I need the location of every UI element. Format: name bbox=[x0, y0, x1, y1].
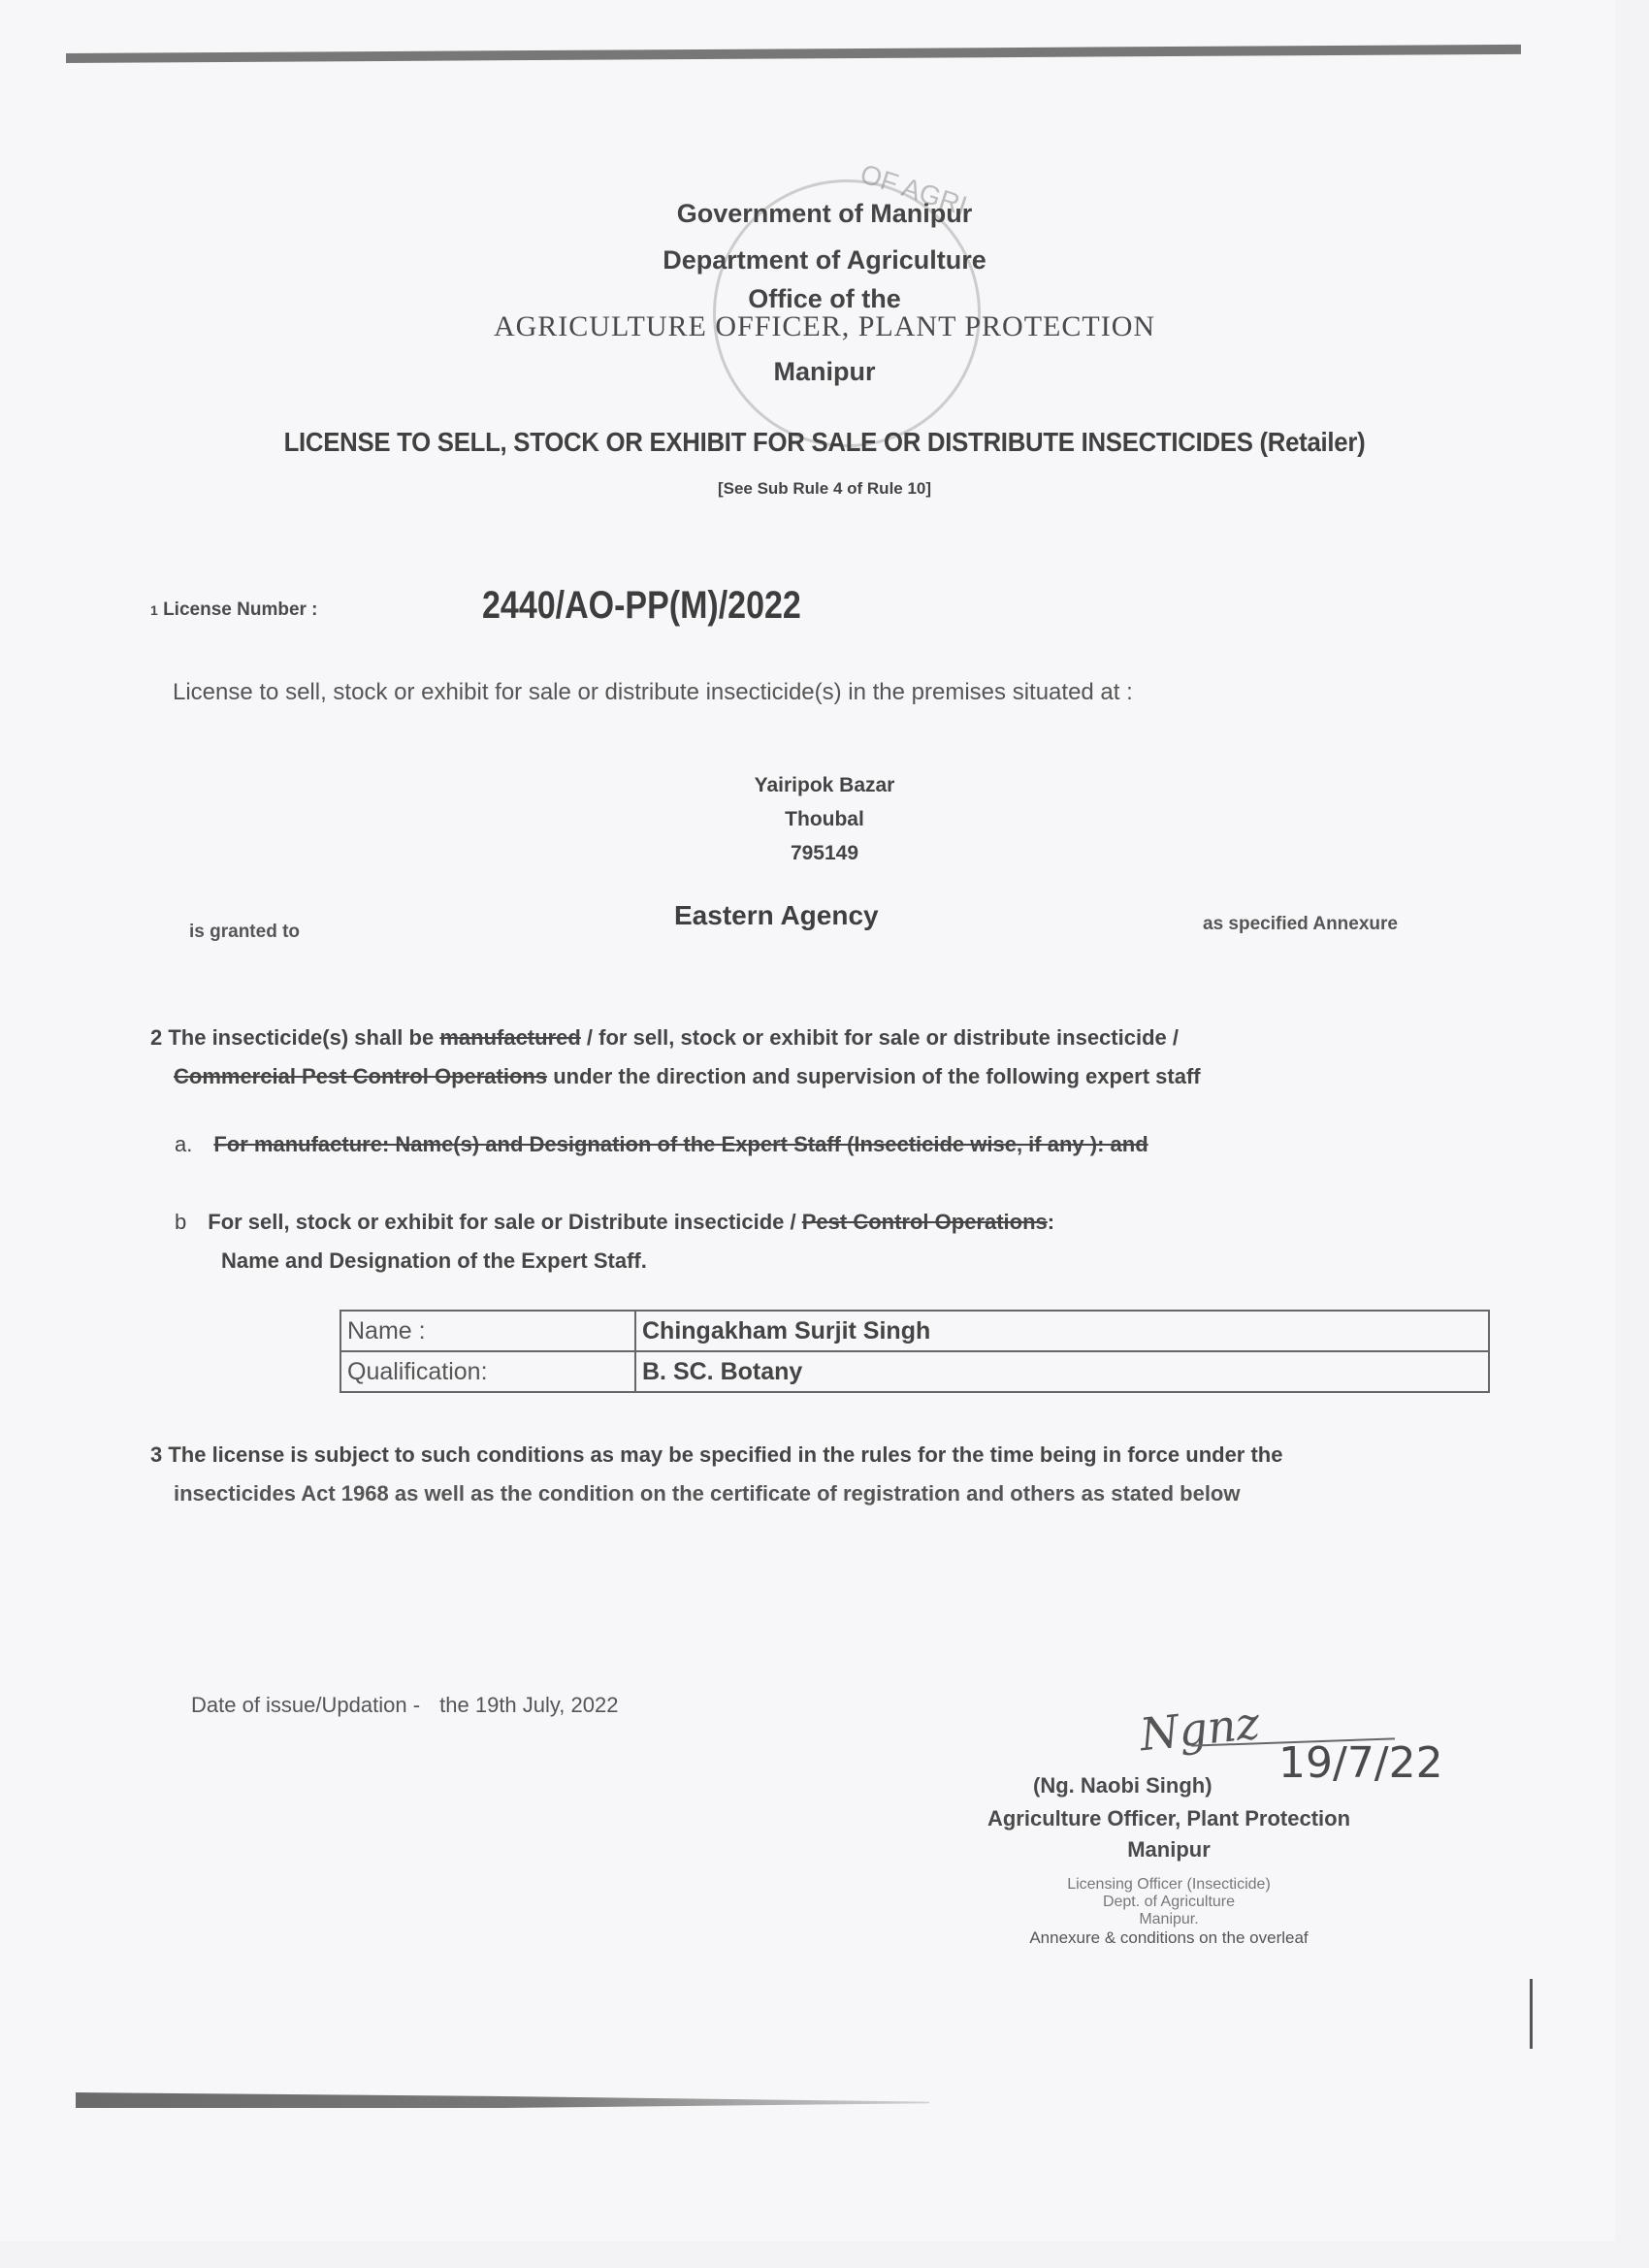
document-title: LICENSE TO SELL, STOCK OR EXHIBIT FOR SA… bbox=[66, 427, 1583, 458]
clause-2b-marker: b bbox=[175, 1210, 186, 1234]
clause-2a: a.For manufacture: Name(s) and Designati… bbox=[175, 1125, 1148, 1164]
signatory-name: (Ng. Naobi Singh) bbox=[1004, 1773, 1392, 1798]
table-row: Qualification: B. SC. Botany bbox=[340, 1351, 1489, 1392]
right-border-rule bbox=[1530, 1979, 1533, 2049]
clause-3-line2: insecticides Act 1968 as well as the con… bbox=[150, 1474, 1489, 1513]
struck-pest-control: Commercial Pest Control Operations bbox=[174, 1064, 547, 1088]
address-line: Yairipok Bazar bbox=[0, 768, 1649, 802]
annexure-note: as specified Annexure bbox=[1203, 914, 1398, 935]
clause-3: 3 The license is subject to such conditi… bbox=[150, 1436, 1489, 1513]
dept-stamp: Dept. of Agriculture bbox=[946, 1894, 1392, 1911]
table-row: Name : Chingakham Surjit Singh bbox=[340, 1311, 1489, 1351]
clause-2-text: / for sell, stock or exhibit for sale or… bbox=[581, 1025, 1179, 1050]
header-department: Department of Agriculture bbox=[0, 245, 1649, 275]
struck-pest-control-ops: Pest Control Operations bbox=[802, 1210, 1048, 1234]
licensing-officer-stamp: Licensing Officer (Insecticide) bbox=[946, 1876, 1392, 1894]
issue-date: Date of issue/Updation - the 19th July, … bbox=[191, 1693, 618, 1718]
clause-2-lead: 2 The insecticide(s) shall be bbox=[150, 1025, 439, 1050]
clause-2: 2 The insecticide(s) shall be manufactur… bbox=[150, 1019, 1470, 1096]
clause-2b: bFor sell, stock or exhibit for sale or … bbox=[175, 1203, 1054, 1280]
license-label-text: License Number : bbox=[163, 599, 317, 620]
clause-3-line1: 3 The license is subject to such conditi… bbox=[150, 1436, 1489, 1474]
address-line: 795149 bbox=[0, 836, 1649, 870]
issue-date-value: the 19th July, 2022 bbox=[439, 1693, 618, 1717]
clause-2a-text: For manufacture: Name(s) and Designation… bbox=[213, 1132, 1148, 1156]
granted-label: is granted to bbox=[189, 922, 300, 943]
staff-qualification-value: B. SC. Botany bbox=[635, 1351, 1489, 1392]
signatory-place: Manipur bbox=[946, 1837, 1392, 1863]
document-subtitle: [See Sub Rule 4 of Rule 10] bbox=[0, 479, 1649, 499]
premises-address: Yairipok Bazar Thoubal 795149 bbox=[0, 768, 1649, 870]
signatory-block: (Ng. Naobi Singh) Agriculture Officer, P… bbox=[946, 1773, 1392, 1948]
address-line: Thoubal bbox=[0, 802, 1649, 836]
license-number-label: 1 License Number : bbox=[150, 599, 318, 621]
item-number: 1 bbox=[150, 602, 158, 618]
issue-date-label: Date of issue/Updation - bbox=[191, 1693, 420, 1717]
state-stamp: Manipur. bbox=[946, 1911, 1392, 1928]
license-number: 2440/AO-PP(M)/2022 bbox=[482, 584, 801, 628]
header-government: Government of Manipur bbox=[0, 199, 1649, 229]
grantee-name: Eastern Agency bbox=[674, 900, 879, 931]
struck-manufactured: manufactured bbox=[439, 1025, 580, 1050]
premises-text: License to sell, stock or exhibit for sa… bbox=[173, 679, 1133, 706]
overleaf-note: Annexure & conditions on the overleaf bbox=[946, 1928, 1392, 1948]
staff-qualification-label: Qualification: bbox=[340, 1351, 635, 1392]
clause-2b-line2: Name and Designation of the Expert Staff… bbox=[175, 1242, 1054, 1280]
clause-2-text-2: under the direction and supervision of t… bbox=[547, 1064, 1201, 1088]
expert-staff-table: Name : Chingakham Surjit Singh Qualifica… bbox=[339, 1310, 1490, 1393]
clause-2b-text: For sell, stock or exhibit for sale or D… bbox=[208, 1210, 802, 1234]
signatory-designation: Agriculture Officer, Plant Protection bbox=[946, 1806, 1392, 1831]
clause-2a-marker: a. bbox=[175, 1132, 192, 1156]
header-state: Manipur bbox=[0, 357, 1649, 387]
staff-name-label: Name : bbox=[340, 1311, 635, 1351]
header-officer: AGRICULTURE OFFICER, PLANT PROTECTION bbox=[0, 310, 1649, 343]
colon: : bbox=[1048, 1210, 1054, 1234]
staff-name-value: Chingakham Surjit Singh bbox=[635, 1311, 1489, 1351]
